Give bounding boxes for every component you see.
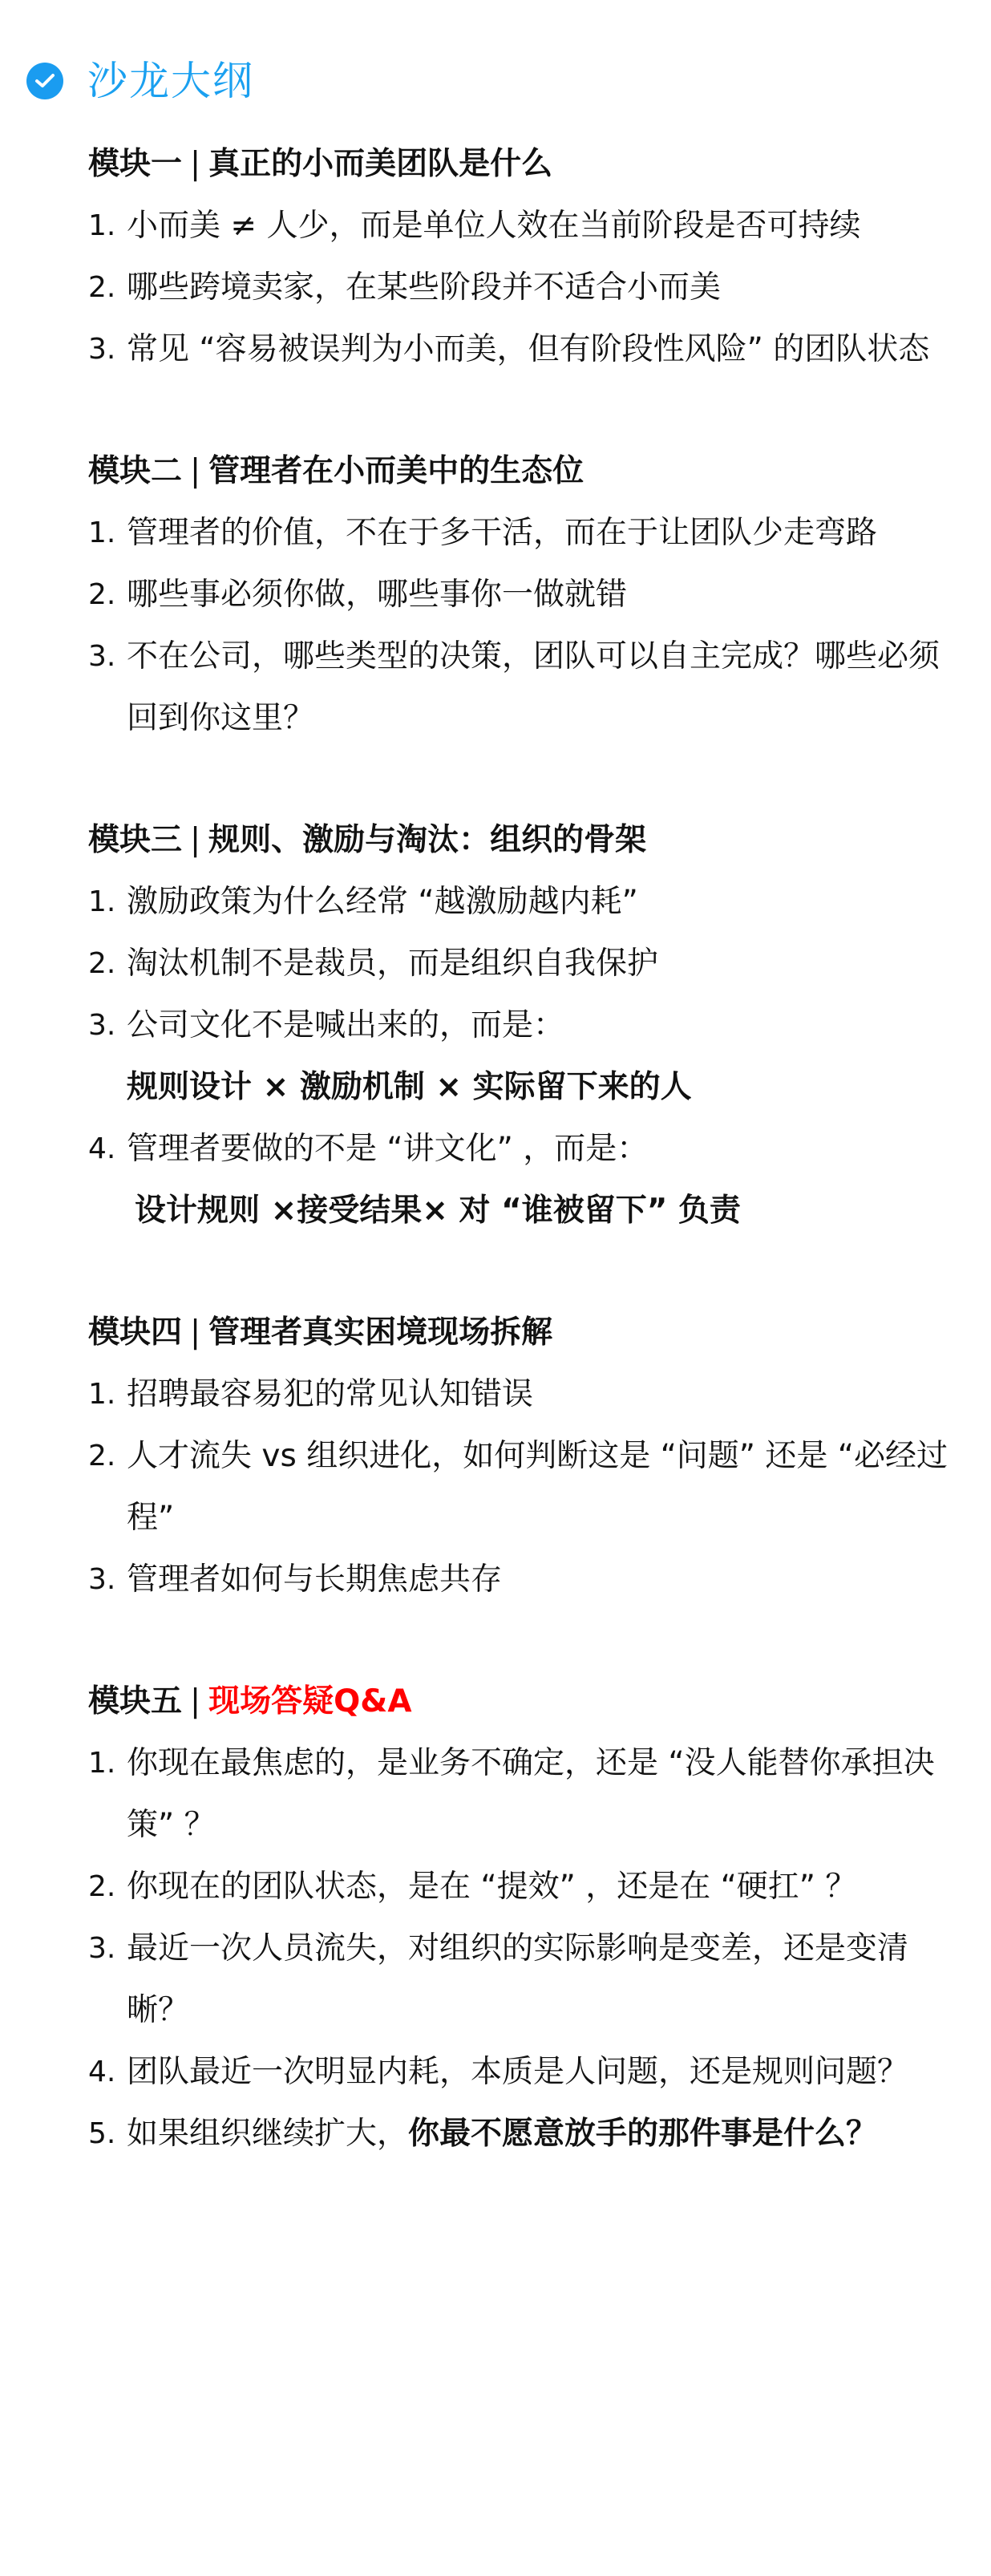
list-item: 2.淘汰机制不是裁员，而是组织自我保护 — [88, 933, 970, 994]
item-number: 3. — [88, 994, 127, 1056]
module-3: 模块三|规则、激励与淘汰：组织的骨架 1.激励政策为什么经常 “越激励越内耗” … — [88, 810, 970, 1241]
item-text: 你现在的团队状态，是在 “提效” ，还是在 “硬扛” ？ — [127, 1856, 970, 1918]
module-heading: 模块一|真正的小而美团队是什么 — [88, 134, 970, 195]
item-number: 2. — [88, 1425, 127, 1549]
module-title: 真正的小而美团队是什么 — [208, 146, 552, 182]
item-text: 最近一次人员流失，对组织的实际影响是变差，还是变清晰？ — [127, 1918, 970, 2041]
module-separator: | — [190, 453, 200, 489]
list-item: 3.不在公司，哪些类型的决策，团队可以自主完成？哪些必须回到你这里？ — [88, 626, 970, 749]
module-label: 模块二 — [88, 453, 182, 489]
list-item: 2.人才流失 vs 组织进化，如何判断这是 “问题” 还是 “必经过程” — [88, 1425, 970, 1549]
item-text: 常见 “容易被误判为小而美，但有阶段性风险” 的团队状态 — [127, 318, 970, 380]
module-title: 现场答疑Q&A — [208, 1683, 411, 1719]
list-item: 3.公司文化不是喊出来的，而是： — [88, 994, 970, 1056]
module-5: 模块五|现场答疑Q&A 1.你现在最焦虑的，是业务不确定，还是 “没人能替你承担… — [88, 1671, 970, 2165]
outline-content: 模块一|真正的小而美团队是什么 1.小而美 ≠ 人少，而是单位人效在当前阶段是否… — [88, 134, 970, 2226]
list-item: 4.团队最近一次明显内耗，本质是人问题，还是规则问题？ — [88, 2041, 970, 2103]
item-number: 3. — [88, 318, 127, 380]
item-text: 小而美 ≠ 人少，而是单位人效在当前阶段是否可持续 — [127, 195, 970, 257]
item-text: 哪些事必须你做，哪些事你一做就错 — [127, 564, 970, 626]
item-text: 你现在最焦虑的，是业务不确定，还是 “没人能替你承担决策” ？ — [127, 1732, 970, 1856]
module-title: 管理者真实困境现场拆解 — [208, 1314, 552, 1351]
module-heading: 模块五|现场答疑Q&A — [88, 1671, 970, 1732]
item-text: 如果组织继续扩大，你最不愿意放手的那件事是什么？ — [127, 2103, 970, 2165]
list-item: 2.哪些事必须你做，哪些事你一做就错 — [88, 564, 970, 626]
module-4: 模块四|管理者真实困境现场拆解 1.招聘最容易犯的常见认知错误 2.人才流失 v… — [88, 1302, 970, 1610]
module-heading: 模块四|管理者真实困境现场拆解 — [88, 1302, 970, 1363]
item-number: 4. — [88, 2041, 127, 2103]
list-item: 4.管理者要做的不是 “讲文化” ，而是： — [88, 1118, 970, 1180]
item-number: 2. — [88, 1856, 127, 1918]
module-separator: | — [190, 1314, 200, 1351]
list-item: 3.管理者如何与长期焦虑共存 — [88, 1549, 970, 1610]
item-number: 1. — [88, 1363, 127, 1425]
list-item: 1.招聘最容易犯的常见认知错误 — [88, 1363, 970, 1425]
item-text: 管理者如何与长期焦虑共存 — [127, 1549, 970, 1610]
module-label: 模块三 — [88, 822, 182, 858]
module-separator: | — [190, 822, 200, 858]
list-item: 3.常见 “容易被误判为小而美，但有阶段性风险” 的团队状态 — [88, 318, 970, 380]
item-number: 1. — [88, 502, 127, 564]
item-text: 淘汰机制不是裁员，而是组织自我保护 — [127, 933, 970, 994]
module-1: 模块一|真正的小而美团队是什么 1.小而美 ≠ 人少，而是单位人效在当前阶段是否… — [88, 134, 970, 380]
item-number: 1. — [88, 1732, 127, 1856]
list-item: 5.如果组织继续扩大，你最不愿意放手的那件事是什么？ — [88, 2103, 970, 2165]
item-text: 人才流失 vs 组织进化，如何判断这是 “问题” 还是 “必经过程” — [127, 1425, 970, 1549]
item-text: 激励政策为什么经常 “越激励越内耗” — [127, 871, 970, 933]
list-item: 2. 哪些跨境卖家，在某些阶段并不适合小而美 — [88, 257, 970, 318]
item-number: 1. — [88, 871, 127, 933]
item-text-plain: 如果组织继续扩大， — [127, 2116, 408, 2152]
item-number: 2. — [88, 257, 127, 318]
item-emphasis-line: 设计规则 ×接受结果× 对 “谁被留下” 负责 — [88, 1180, 970, 1241]
list-item: 3. 最近一次人员流失，对组织的实际影响是变差，还是变清晰？ — [88, 1918, 970, 2041]
outline-header: 沙龙大纲 — [26, 53, 254, 109]
item-text: 管理者要做的不是 “讲文化” ，而是： — [127, 1118, 970, 1180]
module-label: 模块一 — [88, 146, 182, 182]
item-number: 3. — [88, 626, 127, 749]
item-text: 公司文化不是喊出来的，而是： — [127, 994, 970, 1056]
item-text: 招聘最容易犯的常见认知错误 — [127, 1363, 970, 1425]
item-number: 1. — [88, 195, 127, 257]
module-heading: 模块二|管理者在小而美中的生态位 — [88, 441, 970, 502]
item-number: 4. — [88, 1118, 127, 1180]
item-number: 2. — [88, 564, 127, 626]
module-label: 模块四 — [88, 1314, 182, 1351]
item-number: 3. — [88, 1918, 127, 2041]
module-separator: | — [190, 146, 200, 182]
module-2: 模块二|管理者在小而美中的生态位 1.管理者的价值，不在于多干活，而在于让团队少… — [88, 441, 970, 749]
check-circle-icon — [26, 63, 63, 99]
item-number: 3. — [88, 1549, 127, 1610]
list-item: 2.你现在的团队状态，是在 “提效” ，还是在 “硬扛” ？ — [88, 1856, 970, 1918]
module-label: 模块五 — [88, 1683, 182, 1719]
item-number: 2. — [88, 933, 127, 994]
page-title: 沙龙大纲 — [87, 53, 254, 109]
item-text: 管理者的价值，不在于多干活，而在于让团队少走弯路 — [127, 502, 970, 564]
module-heading: 模块三|规则、激励与淘汰：组织的骨架 — [88, 810, 970, 871]
item-text: 哪些跨境卖家，在某些阶段并不适合小而美 — [127, 257, 970, 318]
list-item: 1.管理者的价值，不在于多干活，而在于让团队少走弯路 — [88, 502, 970, 564]
item-text: 团队最近一次明显内耗，本质是人问题，还是规则问题？ — [127, 2041, 970, 2103]
item-text: 不在公司，哪些类型的决策，团队可以自主完成？哪些必须回到你这里？ — [127, 626, 970, 749]
module-title: 规则、激励与淘汰：组织的骨架 — [208, 822, 646, 858]
module-separator: | — [190, 1683, 200, 1719]
item-number: 5. — [88, 2103, 127, 2165]
list-item: 1.你现在最焦虑的，是业务不确定，还是 “没人能替你承担决策” ？ — [88, 1732, 970, 1856]
list-item: 1.激励政策为什么经常 “越激励越内耗” — [88, 871, 970, 933]
module-title: 管理者在小而美中的生态位 — [208, 453, 584, 489]
item-emphasis-line: 规则设计 × 激励机制 × 实际留下来的人 — [88, 1056, 970, 1118]
item-text-bold: 你最不愿意放手的那件事是什么？ — [408, 2116, 877, 2152]
list-item: 1.小而美 ≠ 人少，而是单位人效在当前阶段是否可持续 — [88, 195, 970, 257]
